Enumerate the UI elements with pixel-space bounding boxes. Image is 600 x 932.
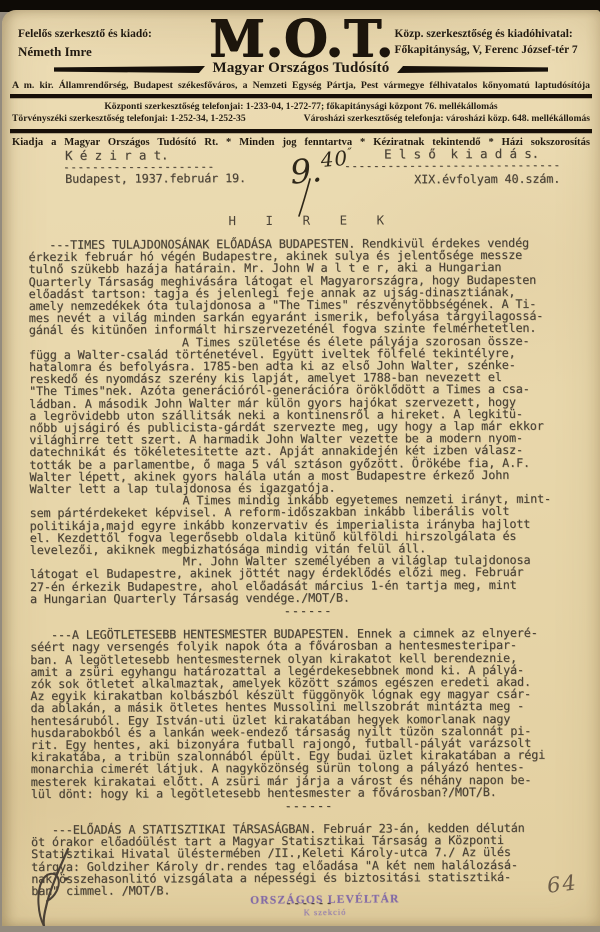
article-times: ---TIMES TULAJDONOSÁNAK ELŐADÁSA BUDAPES… <box>28 237 586 606</box>
masthead: Felelős szerkesztő és kiadó: Németh Imre… <box>2 10 600 61</box>
typewritten-body: K é z i r a t. --------------------- Bud… <box>28 144 587 913</box>
publisher-block-left: Felelős szerkesztő és kiadó: Németh Imre <box>18 19 210 60</box>
editor-label: Felelős szerkesztő és kiadó: <box>18 27 210 43</box>
article-separator: ------ <box>30 604 586 619</box>
archive-stamp: ORSZÁGOS LEVÉLTÁR K szekció <box>235 893 415 918</box>
newspaper-title: Magyar Országos Tudósító <box>14 60 588 77</box>
pencil-page-number: 64 <box>546 870 579 898</box>
publisher-block-right: Közp. szerkesztőség és kiadóhivatal: Fők… <box>394 19 586 58</box>
article-hentesmester: ---A LEGÖTLETESEBB HENTESMESTER BUDAPEST… <box>30 627 587 800</box>
office-label: Közp. szerkesztőség és kiadóhivatal: <box>394 27 586 43</box>
phones-line-2: Törvényszéki szerkesztőség telefonjai: 1… <box>2 112 600 126</box>
handwritten-stroke <box>294 178 320 218</box>
title-ribbon: Magyar Országos Tudósító <box>14 62 588 77</box>
article-separator: ------ <box>31 799 587 814</box>
horizontal-rule-bottom <box>10 129 592 133</box>
office-address: Főkapitányság, V, Ferenc József-tér 7 <box>394 43 586 59</box>
article-statisztikai: ---ELŐADÁS A STATISZTIKAI TÁRSASÁGBAN. F… <box>31 822 587 898</box>
mot-logo: M.O.T. <box>210 17 395 62</box>
horizontal-rule-top <box>10 94 592 98</box>
volume-line: XIX.évfolyam 40.szám. <box>414 172 560 187</box>
phones-line-2-right: Városházi szerkesztőség telefonja: város… <box>304 113 590 124</box>
editor-name: Németh Imre <box>18 43 210 61</box>
date-line: Budapest, 1937.február 19. <box>65 171 246 186</box>
edition-underline: ------------------------------ <box>344 159 561 173</box>
handwritten-time-minutes: 40 <box>320 146 349 172</box>
text-line: lül dönt: hogy ki a legötletesebb hentes… <box>31 785 587 800</box>
document-page: Felelős szerkesztő és kiadó: Németh Imre… <box>2 10 600 926</box>
stamp-line-1: ORSZÁGOS LEVÉLTÁR <box>235 893 415 907</box>
pencil-paraph-mark <box>22 845 92 926</box>
stamp-line-2: K szekció <box>235 906 415 918</box>
phones-line-2-left: Törvényszéki szerkesztőség telefonjai: 1… <box>12 113 246 124</box>
phones-line-1: Központi szerkesztőség telefonjai: 1-233… <box>2 101 600 112</box>
subtitle-line: A m. kir. Államrendőrség, Budapest széke… <box>12 80 590 91</box>
